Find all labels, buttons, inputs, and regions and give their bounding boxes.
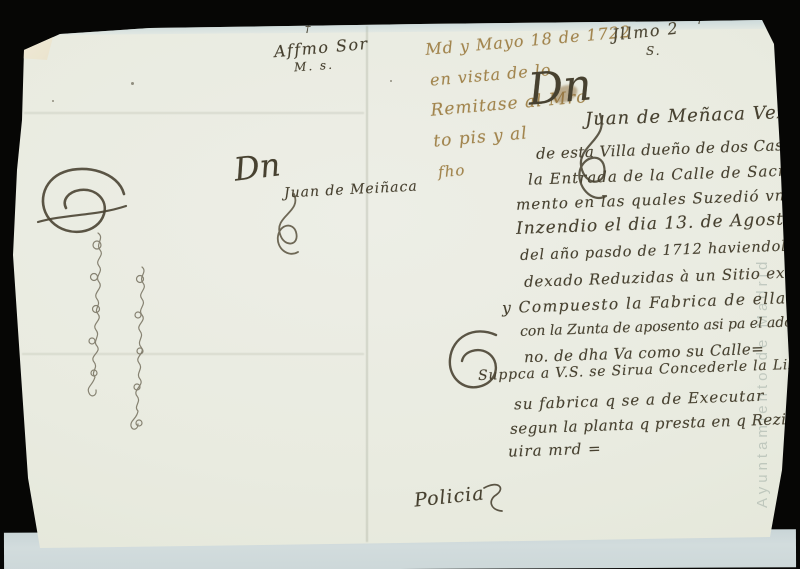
manuscript-paper: Ayuntamiento de Madrid † Affmo Sor M. s.… — [0, 0, 800, 569]
docket-word: Policia — [413, 482, 486, 511]
petition-line-14: uira mrd = — [508, 439, 602, 460]
crease-horizontal-upper — [24, 112, 364, 114]
addressee-name: Juan de Meiñaca — [284, 179, 418, 202]
fold-crease-vertical — [366, 26, 368, 542]
left-monogram: Dn — [232, 145, 283, 188]
petition-line-8: y Compuesto la Fabrica de ellas — [502, 289, 796, 317]
petition-line-13: segun la planta q presta en q Rezi — [510, 410, 787, 438]
right-monogram: Dn — [526, 59, 594, 115]
document-scan: Ayuntamiento de Madrid † Affmo Sor M. s.… — [0, 0, 800, 569]
left-salutation: Affmo Sor — [273, 34, 369, 61]
supplication-flourish — [444, 325, 504, 397]
right-heading-cross: † — [697, 13, 703, 26]
ink-speck — [52, 100, 54, 102]
ink-speck — [131, 82, 134, 85]
ink-speck — [390, 80, 392, 82]
left-salutation-sub: M. s. — [294, 58, 335, 75]
petition-line-4: mento en las quales Suzedió vn — [516, 186, 786, 213]
petition-line-12: su fabrica q se a de Executar — [514, 387, 765, 414]
marginalia-script — [50, 225, 180, 480]
docket-flourish — [480, 480, 508, 516]
corner-fold — [11, 22, 61, 64]
right-heading-sub: S. — [646, 44, 662, 58]
left-cross-mark: † — [305, 22, 311, 35]
